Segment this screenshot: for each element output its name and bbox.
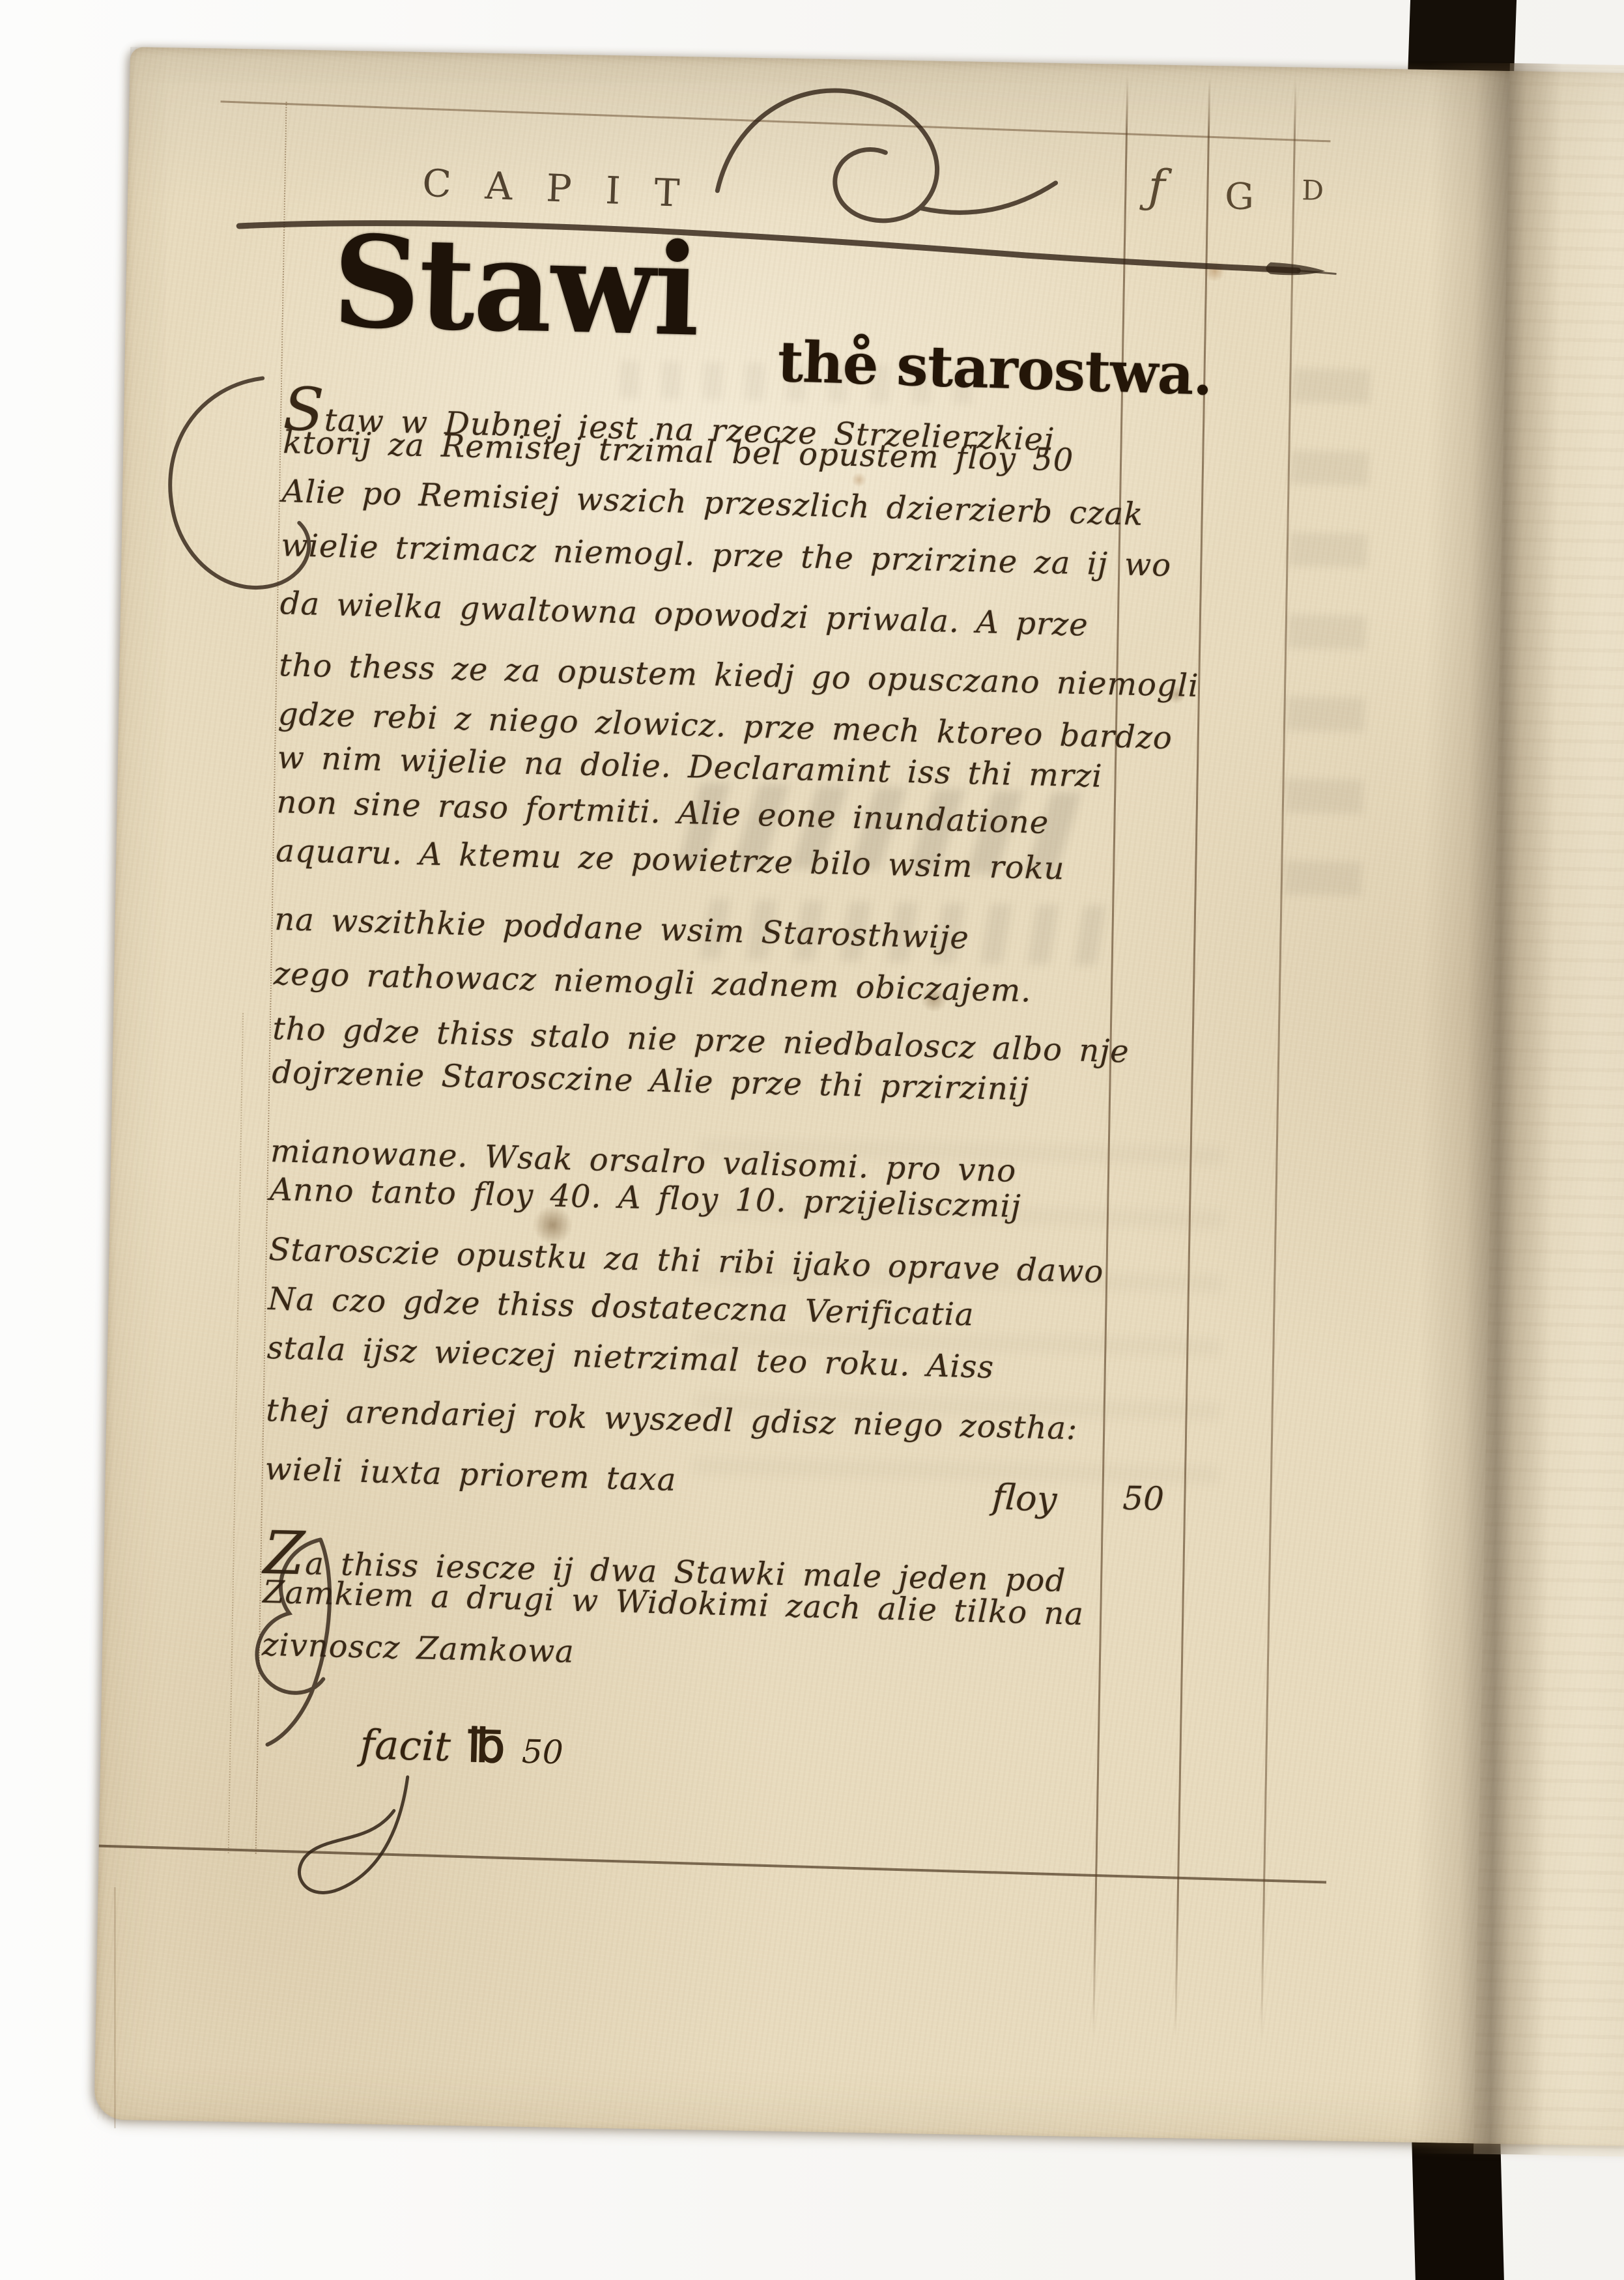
addendum-initial-flourish [255, 1539, 331, 1746]
binding-strip-bottom [1412, 2134, 1504, 2280]
cancellation-stroke [239, 220, 1299, 270]
initial-flourish [168, 377, 311, 588]
scan-background: CAPIT ƒ G D Stawi the̊ starostwa. Staw w… [0, 0, 1624, 2280]
gutter-shadow [1412, 63, 1580, 2155]
cancellation-blot [1266, 262, 1325, 276]
ink-flourishes [94, 47, 1624, 2146]
total-flourish [299, 1775, 408, 1894]
manuscript-page: CAPIT ƒ G D Stawi the̊ starostwa. Staw w… [94, 47, 1624, 2146]
header-flourish [717, 89, 1057, 224]
